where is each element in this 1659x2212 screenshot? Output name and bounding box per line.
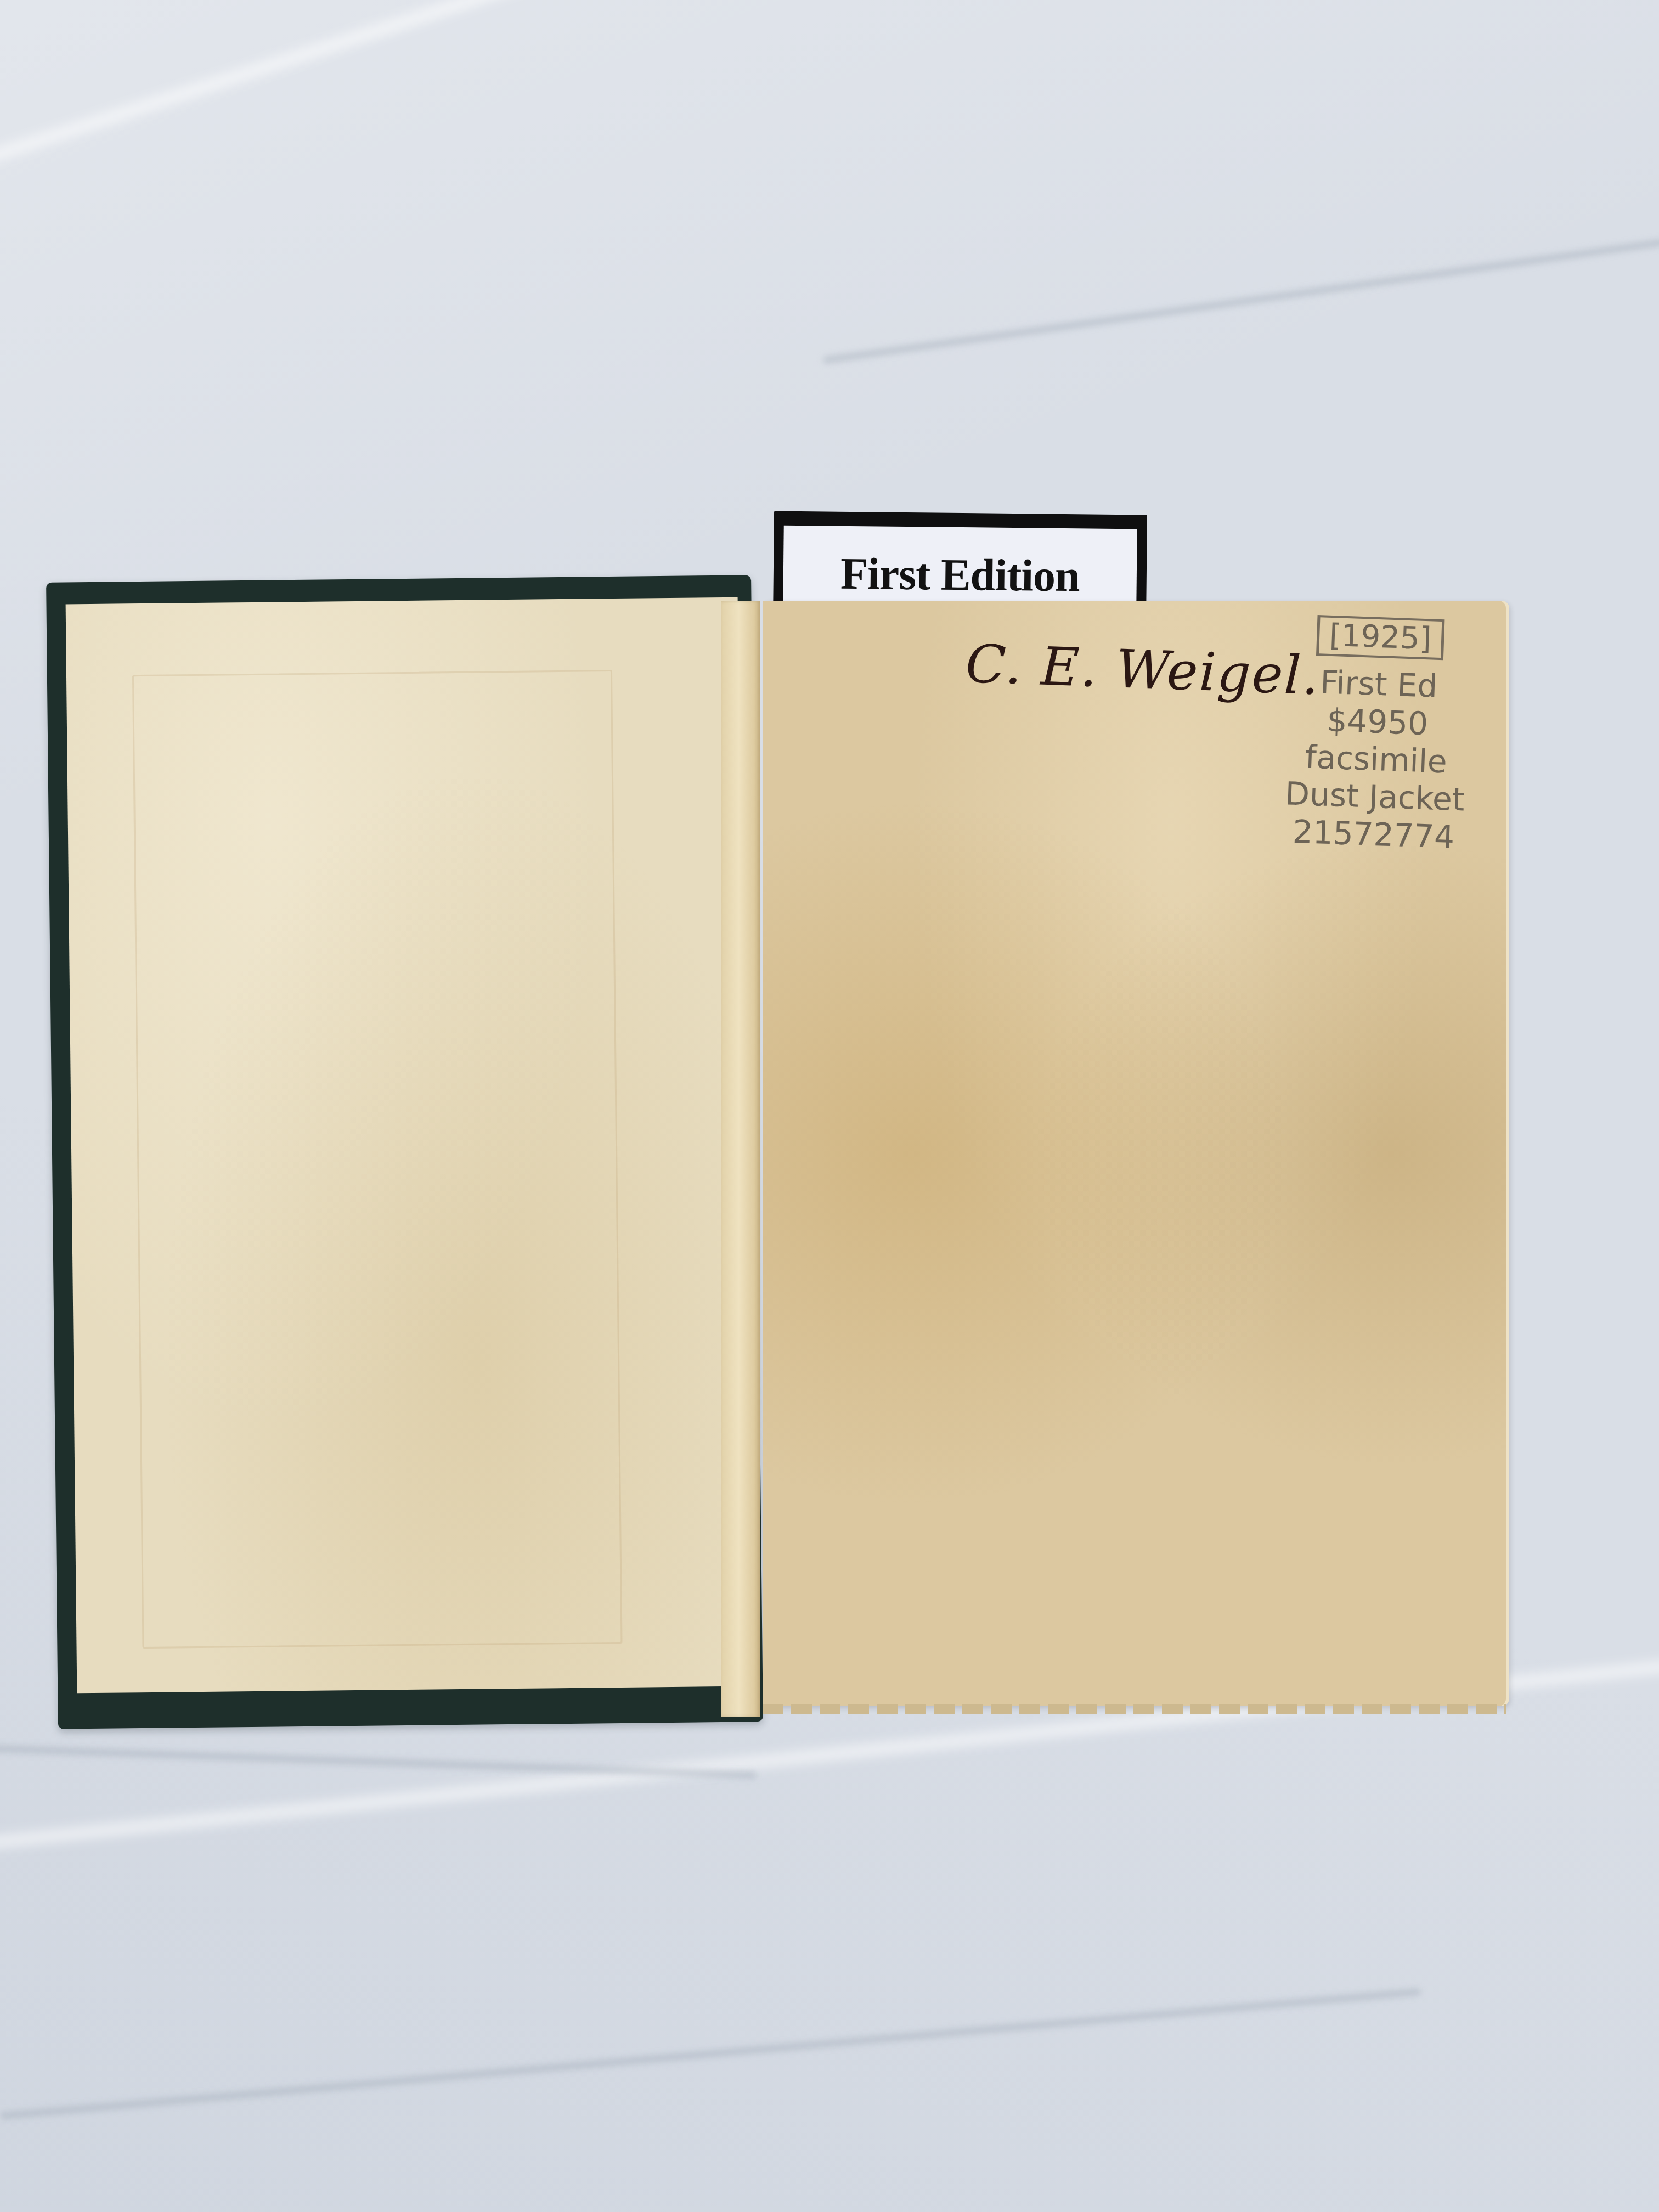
- bookmark-label: First Edition: [840, 548, 1080, 602]
- cloth-turn-in-outline: [132, 670, 623, 1649]
- marble-vein: [0, 1745, 757, 1779]
- pencil-year: [1925]: [1316, 615, 1445, 660]
- pencil-note-facsimile: facsimile: [1277, 737, 1475, 782]
- pencil-note-inventory-number: 21572774: [1274, 812, 1473, 856]
- pencil-note-dust-jacket: Dust Jacket: [1276, 775, 1474, 819]
- book-hinge: [721, 601, 760, 1717]
- deckled-bottom-edge: [763, 1704, 1506, 1714]
- ink-signature: C. E. Weigel.: [964, 633, 1321, 707]
- pencil-note-edition: First Ed: [1279, 662, 1478, 707]
- marble-vein: [0, 0, 782, 177]
- front-pastedown-page: [66, 597, 749, 1694]
- marble-vein: [0, 1988, 1421, 2120]
- marble-vein: [822, 227, 1659, 364]
- pencil-note-price: $4950: [1278, 699, 1477, 744]
- pencil-annotations: [1925] First Ed $4950 facsimile Dust Jac…: [1274, 614, 1480, 857]
